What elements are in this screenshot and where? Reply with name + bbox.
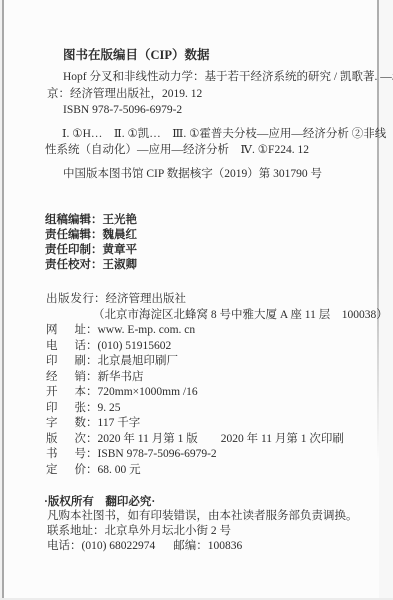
- staff-value: 王光艳: [103, 214, 138, 226]
- colophon-row-edition: 版次：2020 年 11 月第 1 版 2020 年 11 月第 1 次印刷: [0, 432, 393, 448]
- colon: ：: [86, 448, 98, 460]
- phone-label: 电话: [47, 540, 70, 552]
- classification-line1: Ⅰ. ①H… Ⅱ. ①凯… Ⅲ. ①霍普夫分枝—应用—经济分析 ②非线: [62, 127, 386, 142]
- colophon-value: 经济管理出版社: [106, 293, 187, 305]
- colophon-block: 出版发行：经济管理出版社 ：（北京市海淀区北蜂窝 8 号中雅大厦 A 座 11 …: [0, 292, 393, 478]
- colon: ：: [86, 371, 98, 383]
- colophon-label: 书号: [46, 447, 86, 462]
- colophon-label: 印张: [46, 401, 86, 416]
- phone-value: (010) 68022974: [82, 540, 156, 552]
- zip-label: 邮编: [173, 540, 196, 552]
- colon: ：: [94, 293, 106, 305]
- colon: ：: [86, 464, 98, 476]
- staff-value: 黄章平: [103, 244, 138, 256]
- colophon-row-booknumber: 书号：ISBN 978-7-5096-6979-2: [0, 447, 393, 463]
- colon: ：: [86, 355, 98, 367]
- staff-row: 责任印制：黄章平: [45, 243, 137, 258]
- colophon-value: 117 千字: [98, 417, 141, 429]
- scanned-cip-page: 图书在版编目（CIP）数据 Hopf 分叉和非线性动力学：基于若干经济系统的研究…: [0, 0, 393, 600]
- colon: ：: [91, 214, 103, 226]
- colon: ：: [196, 540, 208, 552]
- colon: ：: [86, 402, 98, 414]
- colophon-row-price: 定价：68. 00 元: [0, 463, 393, 479]
- colon: ：: [86, 386, 98, 398]
- colon: ：: [91, 244, 103, 256]
- staff-value: 王淑卿: [103, 259, 138, 271]
- contact-label: 联系地址: [47, 525, 93, 537]
- colophon-value: 720mm×1000mm /16: [98, 386, 198, 398]
- colophon-label: 经销: [46, 370, 86, 385]
- staff-value: 魏晨红: [103, 229, 138, 241]
- colophon-label: 电话: [46, 339, 86, 354]
- colophon-value: 68. 00 元: [98, 464, 141, 476]
- colophon-row-sheets: 印张：9. 25: [0, 401, 393, 417]
- colophon-row-phone: 电话：(010) 51915602: [0, 339, 393, 355]
- colophon-value: 2020 年 11 月第 1 版 2020 年 11 月第 1 次印刷: [98, 433, 344, 445]
- staff-row: 责任校对：王淑卿: [45, 258, 137, 273]
- cip-header: 图书在版编目（CIP）数据: [63, 48, 210, 63]
- colophon-row-address: ：（北京市海淀区北蜂窝 8 号中雅大厦 A 座 11 层 100038）: [0, 308, 393, 324]
- colon: ：: [93, 525, 105, 537]
- colophon-value: （北京市海淀区北蜂窝 8 号中雅大厦 A 座 11 层 100038）: [93, 309, 388, 321]
- colon: ：: [86, 340, 98, 352]
- staff-label: 责任校对: [45, 259, 91, 271]
- staff-row: 责任编辑：魏晨红: [45, 228, 137, 243]
- staff-label: 责任印制: [45, 244, 91, 256]
- colophon-row-distributor: 经销：新华书店: [0, 370, 393, 386]
- colophon-label: 版次: [46, 432, 86, 447]
- colon: ：: [86, 417, 98, 429]
- staff-label: 责任编辑: [45, 229, 91, 241]
- colophon-value: 新华书店: [98, 371, 144, 383]
- contact-value: 北京阜外月坛北小街 2 号: [105, 525, 232, 537]
- colophon-label: 字数: [46, 416, 86, 431]
- colophon-row-publisher: 出版发行：经济管理出版社: [0, 292, 393, 308]
- colophon-label: 定价: [46, 463, 86, 478]
- colophon-row-printer: 印刷：北京晨旭印刷厂: [0, 354, 393, 370]
- staff-label: 组稿编辑: [45, 214, 91, 226]
- classification-line2: 性系统（自动化）—应用—经济分析 Ⅳ. ①F224. 12: [45, 143, 309, 158]
- staff-row: 组稿编辑：王光艳: [45, 213, 137, 228]
- colon: ：: [86, 324, 98, 336]
- contact-address-line: 联系地址：北京阜外月坛北小街 2 号: [47, 524, 231, 539]
- colophon-label: 印刷: [46, 354, 86, 369]
- isbn-line: ISBN 978-7-5096-6979-2: [63, 103, 182, 118]
- colophon-label: 出版发行: [46, 292, 94, 307]
- colophon-value: ISBN 978-7-5096-6979-2: [98, 448, 217, 460]
- colophon-value: 北京晨旭印刷厂: [98, 355, 179, 367]
- colophon-value: www. E-mp. com. cn: [98, 324, 196, 336]
- book-title-line2: 京：经济管理出版社，2019. 12: [47, 87, 202, 102]
- colophon-row-format: 开本：720mm×1000mm /16: [0, 385, 393, 401]
- contact-phone-line: 电话：(010) 68022974邮编：100836: [47, 539, 242, 554]
- colophon-label: 开本: [46, 385, 86, 400]
- staff-block: 组稿编辑：王光艳 责任编辑：魏晨红 责任印制：黄章平 责任校对：王淑卿: [45, 213, 137, 274]
- colophon-row-wordcount: 字数：117 千字: [0, 416, 393, 432]
- exchange-notice: 凡购本社图书，如有印装错误，由本社读者服务部负责调换。: [47, 509, 358, 524]
- book-title-line1: Hopf 分叉和非线性动力学：基于若干经济系统的研究 / 凯歌著. —北: [63, 70, 393, 85]
- colophon-row-website: 网址：www. E-mp. com. cn: [0, 323, 393, 339]
- colophon-value: (010) 51915602: [98, 340, 172, 352]
- colon: ：: [86, 433, 98, 445]
- colon: ：: [91, 259, 103, 271]
- colophon-value: 9. 25: [98, 402, 121, 414]
- colon: ：: [70, 540, 82, 552]
- cip-record-line: 中国版本图书馆 CIP 数据核字（2019）第 301790 号: [63, 167, 322, 182]
- zip-value: 100836: [208, 540, 243, 552]
- colon: ：: [91, 229, 103, 241]
- colophon-label: 网址: [46, 323, 86, 338]
